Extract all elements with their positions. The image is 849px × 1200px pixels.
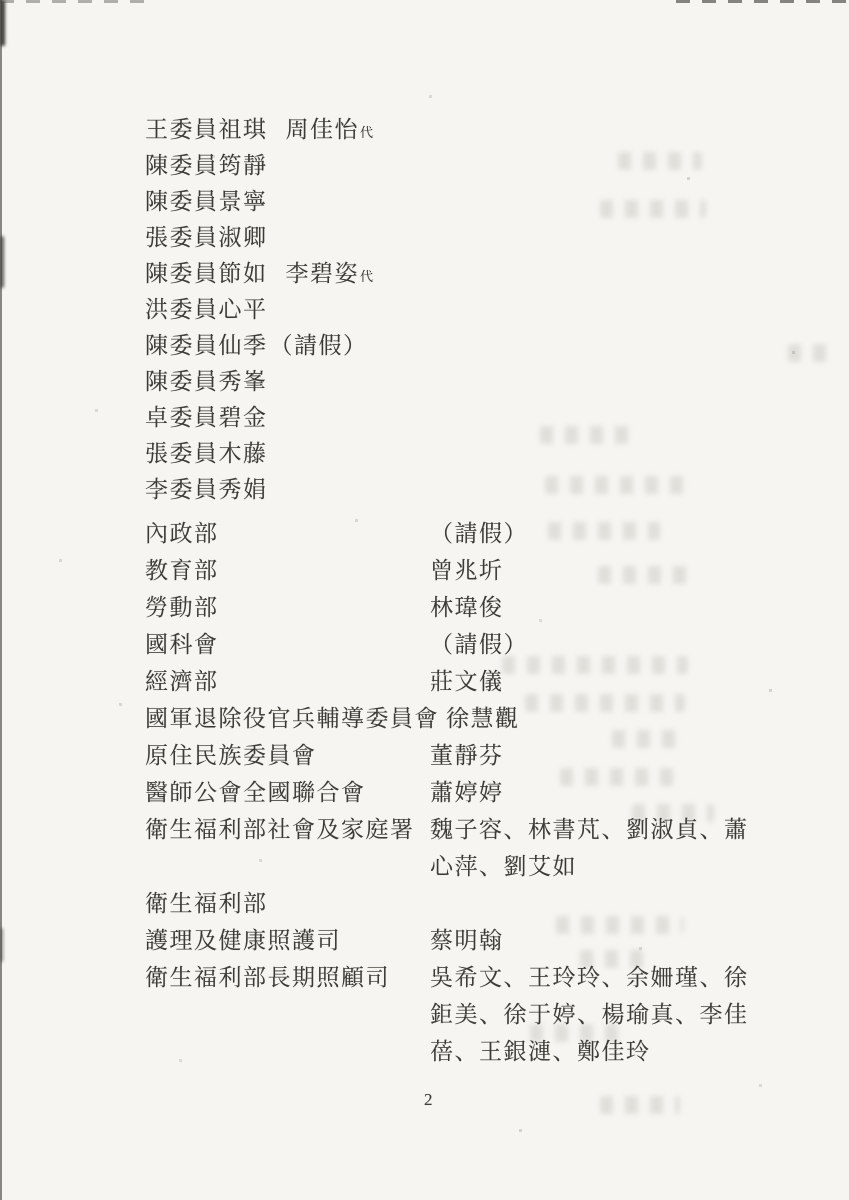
agency-name: 衛生福利部 <box>145 885 423 922</box>
scan-left-edge <box>0 0 2 1200</box>
agency-row: 衛生福利部 <box>145 885 835 922</box>
agency-attendees: 董靜芬 <box>430 737 752 774</box>
agency-row: 國科會 （請假） <box>145 626 835 663</box>
scan-smudge <box>0 0 5 46</box>
agency-row: 護理及健康照護司 蔡明翰 <box>145 922 835 959</box>
member-row: 陳委員景寧 <box>145 184 805 220</box>
member-name: 張委員木藤 <box>145 441 268 466</box>
agency-row: 醫師公會全國聯合會 蕭婷婷 <box>145 774 835 811</box>
member-name: 陳委員景寧 <box>145 189 268 214</box>
agency-name: 內政部 <box>145 515 423 552</box>
committee-member-list: 王委員祖琪周佳怡代 陳委員筠靜 陳委員景寧 張委員淑卿 陳委員節如李碧姿代 洪委… <box>145 112 805 508</box>
agency-attendees: （請假） <box>430 626 752 663</box>
member-name: 王委員祖琪 <box>145 117 268 142</box>
scan-top-edge <box>676 0 849 3</box>
member-row: 洪委員心平 <box>145 292 805 328</box>
agency-attendees: 曾兆圻 <box>430 552 752 589</box>
agency-attendees: 莊文儀 <box>430 663 752 700</box>
member-row: 李委員秀娟 <box>145 472 805 508</box>
agency-name: 醫師公會全國聯合會 <box>145 774 423 811</box>
member-name: 洪委員心平 <box>145 297 268 322</box>
agency-row: 國軍退除役官兵輔導委員會 徐慧觀 <box>145 700 835 737</box>
agency-attendees: 蔡明翰 <box>430 922 752 959</box>
member-row: 陳委員節如李碧姿代 <box>145 256 805 292</box>
bleed-through-mark <box>600 1096 680 1114</box>
agency-attendees: 吳希文、王玲玲、余姍瑾、徐鉅美、徐于婷、楊瑜真、李佳蓓、王銀漣、鄭佳玲 <box>430 959 752 1070</box>
agency-row: 內政部 （請假） <box>145 515 835 552</box>
agency-name: 護理及健康照護司 <box>145 922 423 959</box>
member-name: 卓委員碧金 <box>145 405 268 430</box>
agency-attendees: （請假） <box>430 515 752 552</box>
page-number: 2 <box>424 1090 433 1110</box>
scan-smudge <box>0 236 4 288</box>
agency-attendees: 林瑋俊 <box>430 589 752 626</box>
agency-row: 衛生福利部長期照顧司 吳希文、王玲玲、余姍瑾、徐鉅美、徐于婷、楊瑜真、李佳蓓、王… <box>145 959 835 1070</box>
agency-attendee-list: 內政部 （請假） 教育部 曾兆圻 勞動部 林瑋俊 國科會 （請假） 經濟部 莊文… <box>145 515 835 1070</box>
agency-name: 國軍退除役官兵輔導委員會 <box>145 700 439 737</box>
agency-attendees: 魏子容、林書芃、劉淑貞、蕭心萍、劉艾如 <box>430 811 752 885</box>
agency-attendees: 蕭婷婷 <box>430 774 752 811</box>
proxy-name: 李碧姿 <box>286 261 360 286</box>
leave-note: （請假） <box>270 333 368 358</box>
agency-name: 衛生福利部社會及家庭署 <box>145 811 423 848</box>
agency-name: 衛生福利部長期照顧司 <box>145 959 423 996</box>
agency-row: 原住民族委員會 董靜芬 <box>145 737 835 774</box>
member-row: 張委員淑卿 <box>145 220 805 256</box>
agency-row: 經濟部 莊文儀 <box>145 663 835 700</box>
proxy-mark: 代 <box>360 269 373 284</box>
scan-smudge <box>0 928 3 962</box>
proxy-name: 周佳怡 <box>286 117 360 142</box>
member-name: 陳委員仙季 <box>145 333 268 358</box>
agency-name: 經濟部 <box>145 663 423 700</box>
agency-row: 衛生福利部社會及家庭署 魏子容、林書芃、劉淑貞、蕭心萍、劉艾如 <box>145 811 835 885</box>
agency-name: 勞動部 <box>145 589 423 626</box>
member-row: 卓委員碧金 <box>145 400 805 436</box>
member-row: 陳委員仙季（請假） <box>145 328 805 364</box>
member-row: 陳委員筠靜 <box>145 148 805 184</box>
agency-name: 原住民族委員會 <box>145 737 423 774</box>
member-name: 張委員淑卿 <box>145 225 268 250</box>
agency-row: 勞動部 林瑋俊 <box>145 589 835 626</box>
agency-row: 教育部 曾兆圻 <box>145 552 835 589</box>
agency-attendees: 徐慧觀 <box>446 700 768 737</box>
scanned-document-page: 王委員祖琪周佳怡代 陳委員筠靜 陳委員景寧 張委員淑卿 陳委員節如李碧姿代 洪委… <box>0 0 849 1200</box>
member-name: 李委員秀娟 <box>145 477 268 502</box>
member-row: 陳委員秀峯 <box>145 364 805 400</box>
member-name: 陳委員節如 <box>145 261 268 286</box>
proxy-mark: 代 <box>360 125 373 140</box>
agency-name: 教育部 <box>145 552 423 589</box>
scan-top-edge <box>0 0 150 3</box>
member-row: 張委員木藤 <box>145 436 805 472</box>
agency-name: 國科會 <box>145 626 423 663</box>
member-name: 陳委員筠靜 <box>145 153 268 178</box>
member-row: 王委員祖琪周佳怡代 <box>145 112 805 148</box>
member-name: 陳委員秀峯 <box>145 369 268 394</box>
paper-speckles <box>0 0 1 1</box>
